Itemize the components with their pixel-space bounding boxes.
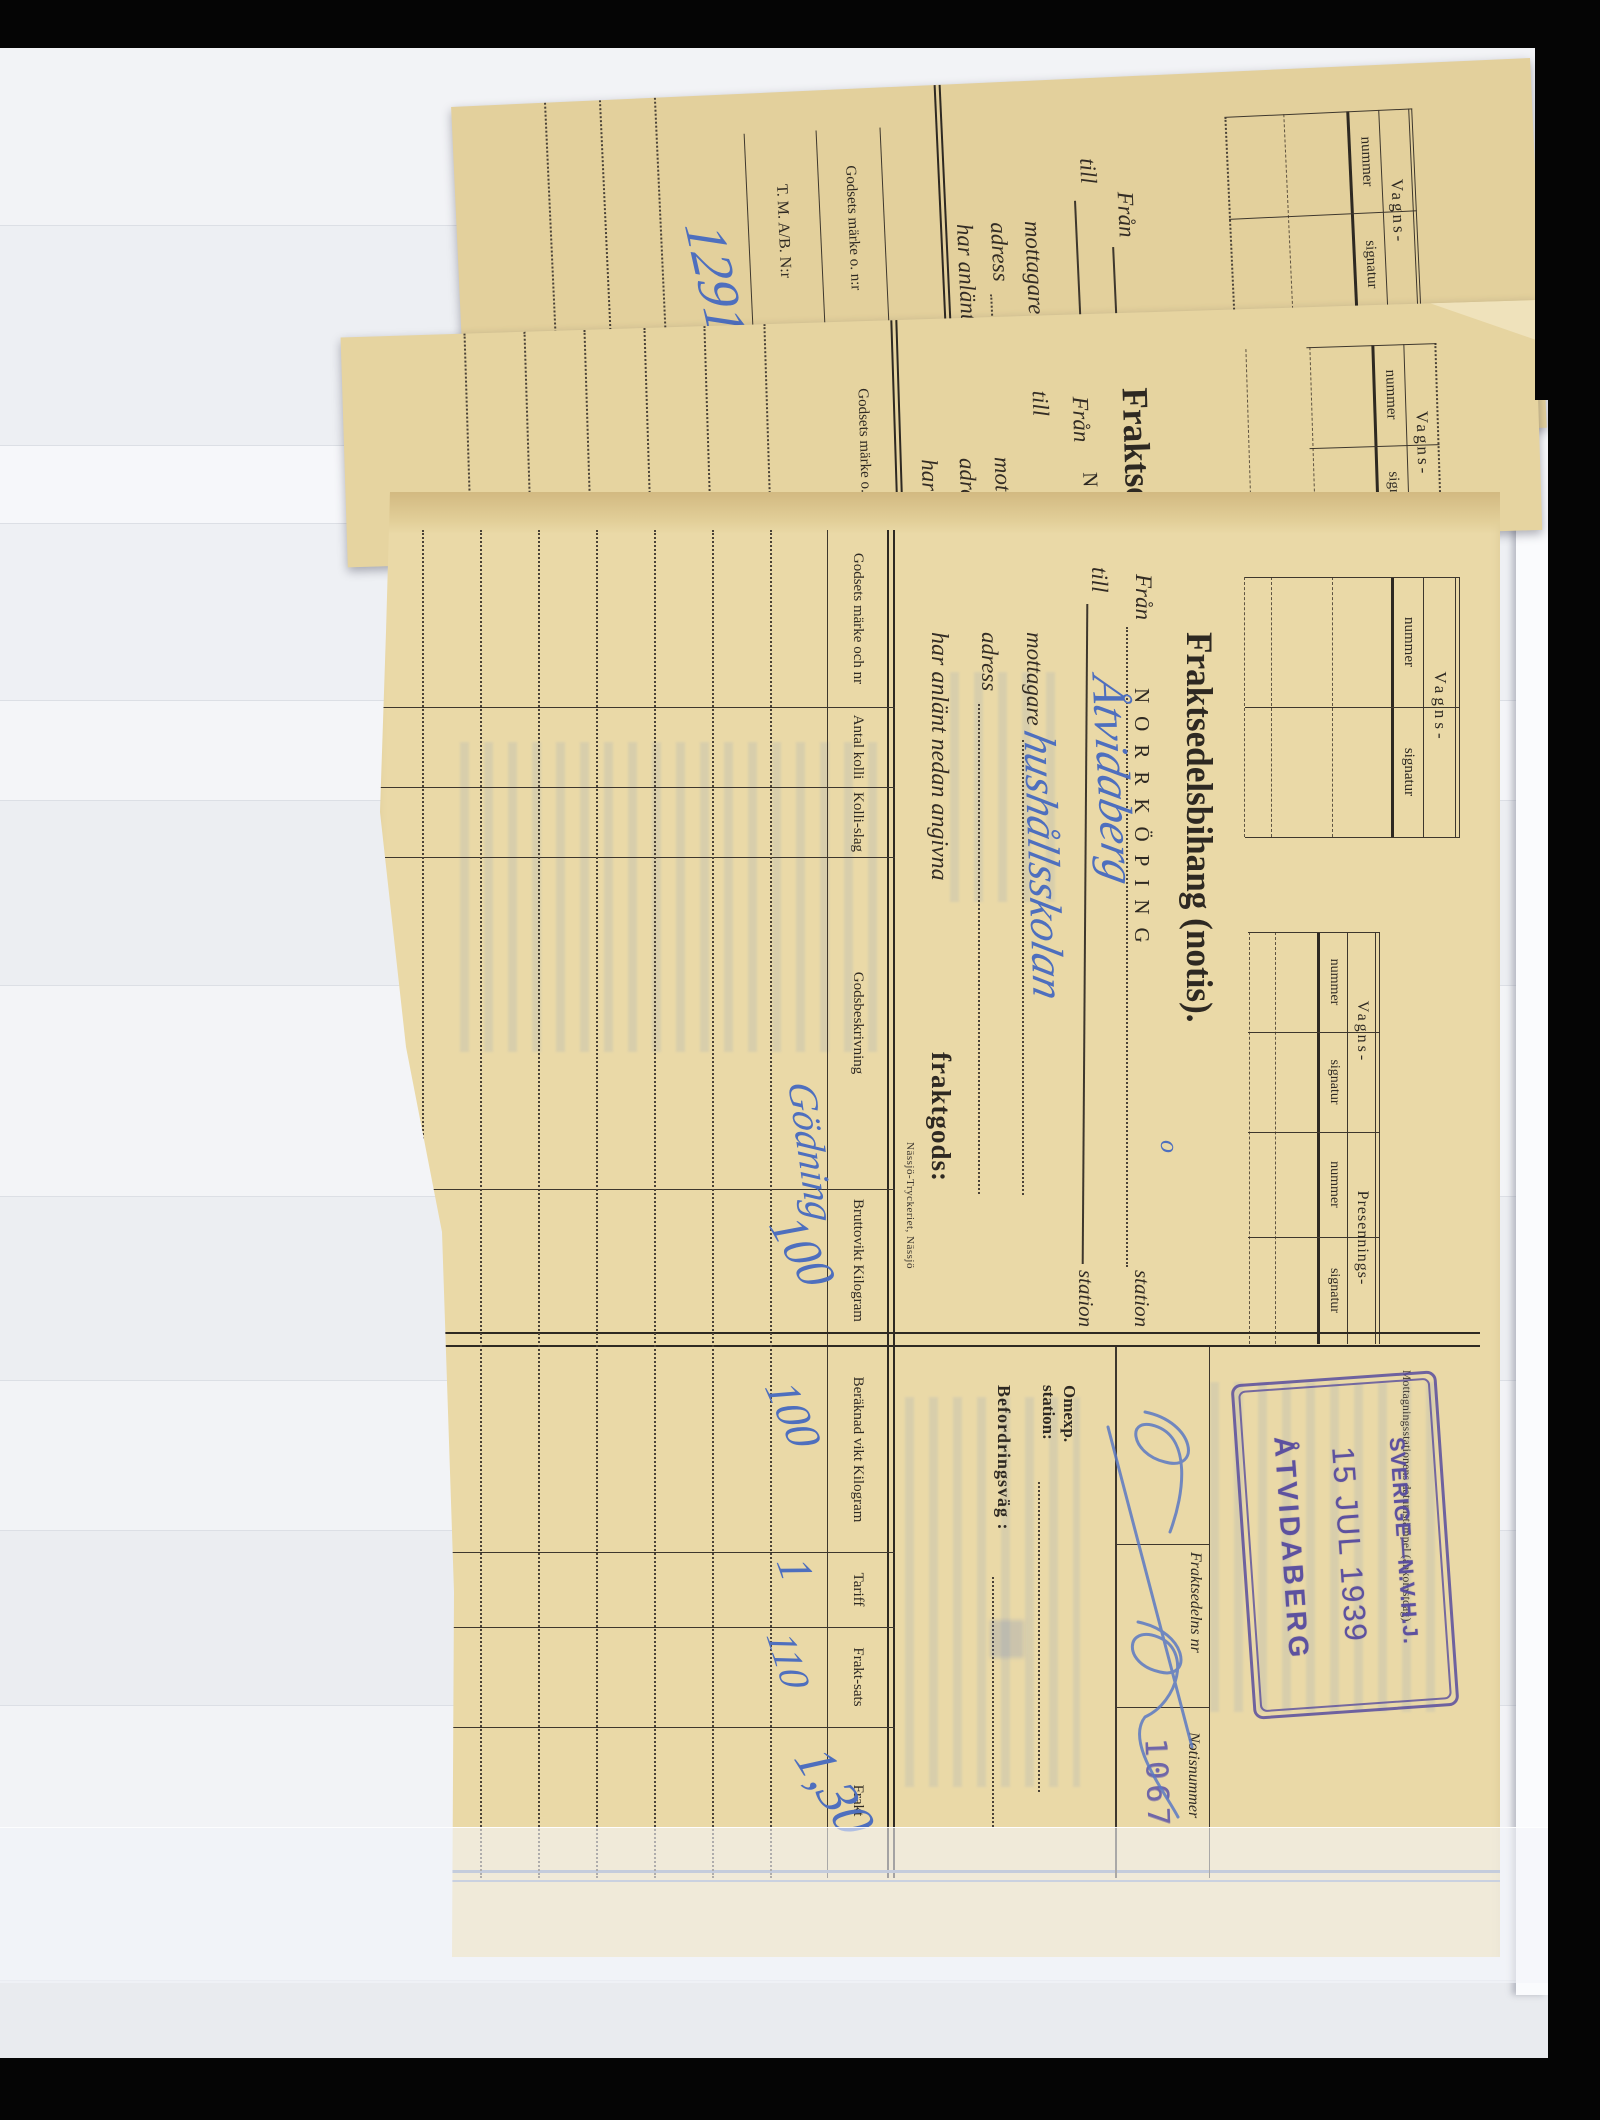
photo-frame-right bbox=[1548, 0, 1600, 2120]
adress-label: adress bbox=[985, 222, 1014, 282]
column-header: Antal kolli bbox=[830, 709, 886, 785]
photo-frame-top bbox=[0, 0, 1600, 48]
freight-note-front-document: Vagns- nummer signatur Vagns- Presenning… bbox=[378, 492, 1500, 1957]
omexp-label-line2: station: bbox=[1038, 1385, 1058, 1440]
tanned-edge bbox=[378, 492, 1500, 534]
printer-mark: Nässjö-Tryckeriet, Nässjö bbox=[904, 1142, 916, 1269]
page-edge-strip bbox=[1516, 380, 1548, 1995]
stray-handwritten-mark: o bbox=[1154, 1140, 1184, 1153]
till-handwritten-value: Åtvidaberg bbox=[1080, 672, 1145, 889]
wagon-table-nummer-label: nummer bbox=[1322, 932, 1346, 1032]
column-header: Godsets märke och nr bbox=[830, 532, 886, 705]
goods-mark-printed: T. M. A/B. N:r bbox=[753, 131, 814, 331]
photo-frame-corner bbox=[1535, 0, 1555, 400]
from-label: Från bbox=[1067, 396, 1094, 443]
from-label: Från bbox=[1130, 574, 1156, 620]
wagon-table-signatur-label: signatur bbox=[1322, 1032, 1346, 1132]
stamp-railway-line: SVERIGE—N.V.H.J. bbox=[1384, 1436, 1422, 1645]
stamp-station: ÅTVIDABERG bbox=[1267, 1435, 1315, 1662]
befordringsvag-label: Befordringsväg : bbox=[993, 1385, 1014, 1531]
wagon-table-nummer-label: nummer bbox=[1351, 110, 1382, 213]
wagon-table-nummer-label: nummer bbox=[1322, 1132, 1346, 1237]
faint-blue-blob bbox=[990, 1620, 1024, 1658]
adress-label: adress bbox=[976, 632, 1002, 691]
till-label: till bbox=[1027, 390, 1054, 416]
album-strip bbox=[0, 1980, 1548, 2061]
column-header: Kolli-slag bbox=[830, 789, 886, 855]
arrival-text: har anlänt nedan angivna bbox=[925, 632, 952, 881]
wagon-table-presennings-label: Presennings- bbox=[1350, 1132, 1374, 1344]
row1-fraktsats-handwritten: 110 bbox=[756, 1630, 821, 1691]
column-header: Frakt-sats bbox=[830, 1629, 886, 1725]
mottagare-handwritten-value: hushållsskolan bbox=[1013, 727, 1075, 1006]
omexp-label-line1: Omexp. bbox=[1059, 1385, 1079, 1442]
handwritten-flourish bbox=[1090, 1372, 1220, 1892]
mottagare-label: mottagare bbox=[1021, 632, 1047, 726]
wagon-table-signatur-label: signatur bbox=[1396, 707, 1422, 837]
station-word: station bbox=[1129, 1270, 1154, 1327]
mottagare-label: mottagare bbox=[1019, 220, 1049, 315]
form-title: Fraktsedelsbihang (notis). bbox=[1177, 632, 1220, 1023]
wagon-table-signatur-label: signatur bbox=[1356, 213, 1387, 316]
column-header: Godsbeskrivning bbox=[830, 859, 886, 1187]
arrival-bold-word: fraktgods: bbox=[925, 1052, 956, 1182]
glassine-strip-overlay bbox=[0, 1827, 1548, 1983]
wagon-table-nummer-label: nummer bbox=[1396, 577, 1422, 707]
till-label: till bbox=[1086, 567, 1112, 593]
till-label: till bbox=[1074, 158, 1101, 185]
photo-frame-bottom bbox=[0, 2058, 1600, 2120]
station-word: station bbox=[1073, 1270, 1098, 1327]
arrival-date-stamp: SVERIGE—N.V.H.J. 15 JUL 1939 ÅTVIDABERG bbox=[1231, 1370, 1460, 1720]
row1-beraknad-vikt-handwritten: 100 bbox=[753, 1376, 833, 1452]
stamp-date: 15 JUL 1939 bbox=[1324, 1445, 1374, 1644]
from-label: Från bbox=[1112, 191, 1140, 238]
wagon-table-signatur-label: signatur bbox=[1322, 1237, 1346, 1344]
column-header: Tariff bbox=[830, 1554, 886, 1625]
wagon-table-nummer-label: nummer bbox=[1376, 344, 1405, 445]
column-header: Beräknad vikt Kilogram bbox=[830, 1349, 886, 1550]
photographed-album-page: Vagns- nummer signatur Från till mottaga… bbox=[0, 0, 1600, 2120]
goods-mark-column-header: Godsets märke o. n:r bbox=[820, 128, 887, 328]
goods-mark-handwritten: 1291 bbox=[670, 224, 760, 334]
row1-tariff-handwritten: 1 bbox=[765, 1554, 826, 1585]
